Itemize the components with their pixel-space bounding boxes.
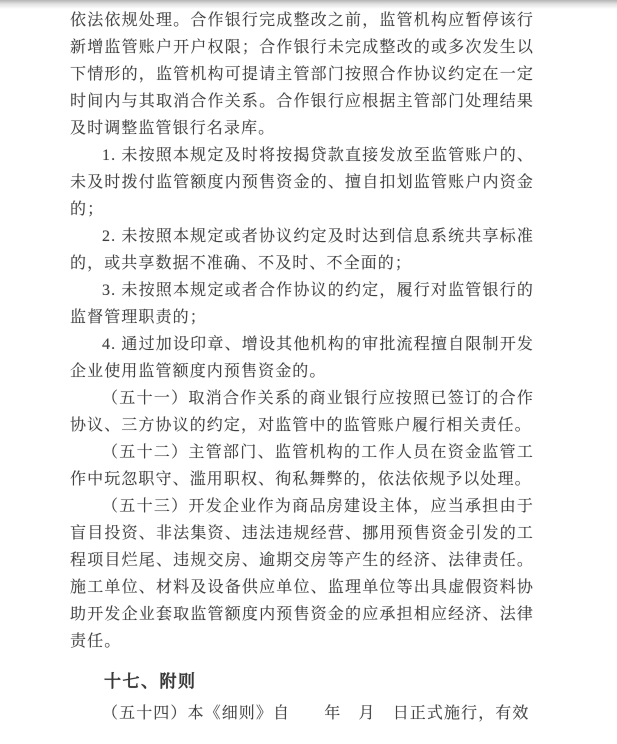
document-page: 依法依规处理。合作银行完成整改之前，监管机构应暂停该行新增监管账户开户权限；合作… — [0, 0, 617, 744]
section-heading-supplementary-provisions: 十七、附则 — [70, 668, 534, 695]
paragraph-article-52: （五十二）主管部门、监管机构的工作人员在资金监管工作中玩忽职守、滥用职权、徇私舞… — [70, 439, 534, 493]
paragraph-continuation: 依法依规处理。合作银行完成整改之前，监管机构应暂停该行新增监管账户开户权限；合作… — [70, 7, 534, 142]
paragraph-article-54: （五十四）本《细则》自 年 月 日正式施行，有效 — [70, 700, 534, 727]
list-item-2: 2. 未按照本规定或者协议约定及时达到信息系统共享标准的，或共享数据不准确、不及… — [70, 223, 534, 277]
document-body: 依法依规处理。合作银行完成整改之前，监管机构应暂停该行新增监管账户开户权限；合作… — [70, 7, 534, 727]
list-item-4: 4. 通过加设印章、增设其他机构的审批流程擅自限制开发企业使用监管额度内预售资金… — [70, 331, 534, 385]
paragraph-article-53: （五十三）开发企业作为商品房建设主体，应当承担由于盲目投资、非法集资、违法违规经… — [70, 493, 534, 655]
paragraph-article-51: （五十一）取消合作关系的商业银行应按照已签订的合作协议、三方协议的约定，对监管中… — [70, 385, 534, 439]
list-item-1: 1. 未按照本规定及时将按揭贷款直接发放至监管账户的、未及时拨付监管额度内预售资… — [70, 142, 534, 223]
list-item-3: 3. 未按照本规定或者合作协议的约定，履行对监管银行的监督管理职责的； — [70, 277, 534, 331]
